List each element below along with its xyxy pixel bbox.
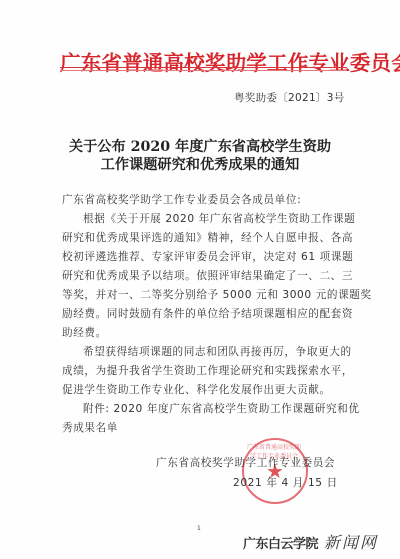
body-line: 希望获得结项课题的同志和团队再接再厉，争取更大的 xyxy=(83,344,352,359)
watermark: 广东白云学院新闻网 xyxy=(243,530,378,553)
signature-org: 广东省高校奖学助学工作专业委员会 xyxy=(156,455,335,470)
body-line: 校初评遴选推荐、专家评审委员会评审，决定对 61 项课题 xyxy=(62,249,353,264)
body-line: 根据《关于开展 2020 年广东省高校学生资助工作课题 xyxy=(83,211,355,226)
body-line: 研究和优秀成果予以结项。依照评审结果确定了一、二、三 xyxy=(62,268,353,283)
watermark-news: 新闻网 xyxy=(324,533,378,552)
body-line: 等奖，并对一、二等奖分别给予 5000 元和 3000 元的课题奖 xyxy=(62,287,372,302)
signature-date: 2021 年 4 月 15 日 xyxy=(233,475,338,490)
document-page: 广东省普通高校奖助学工作专业委员会 粤奖助委〔2021〕3号 关于公布 2020… xyxy=(0,0,400,559)
watermark-school: 广东白云学院 xyxy=(243,537,318,552)
attachment-line: 附件: 2020 年度广东省高校学生资助工作课题研究和优 xyxy=(83,401,360,416)
header-rule-thick xyxy=(60,67,347,68)
attachment-line: 秀成果名单 xyxy=(62,420,118,435)
document-number: 粤奖助委〔2021〕3号 xyxy=(234,90,345,105)
body-line: 助经费。 xyxy=(62,325,107,340)
issuer-header: 广东省普通高校奖助学工作专业委员会 xyxy=(60,46,350,76)
salutation: 广东省高校奖学助学工作专业委员会各成员单位: xyxy=(62,192,301,207)
document-title-line-1: 关于公布 2020 年度广东省高校学生资助 xyxy=(60,136,340,156)
body-line: 励经费。同时鼓励有条件的单位给予结项课题相应的配套资 xyxy=(62,306,353,321)
body-line: 促进学生资助工作专业化、科学化发展作出更大贡献。 xyxy=(62,382,331,397)
header-rule-thin xyxy=(60,70,347,71)
body-line: 研究和优秀成果评选的通知》精神，经个人自愿申报、各高 xyxy=(62,230,353,245)
body-line: 成绩，为提升我省学生资助工作理论研究和实践探索水平， xyxy=(62,363,353,378)
document-title-line-2: 工作课题研究和优秀成果的通知 xyxy=(60,154,340,174)
page-number: 1 xyxy=(197,525,201,532)
